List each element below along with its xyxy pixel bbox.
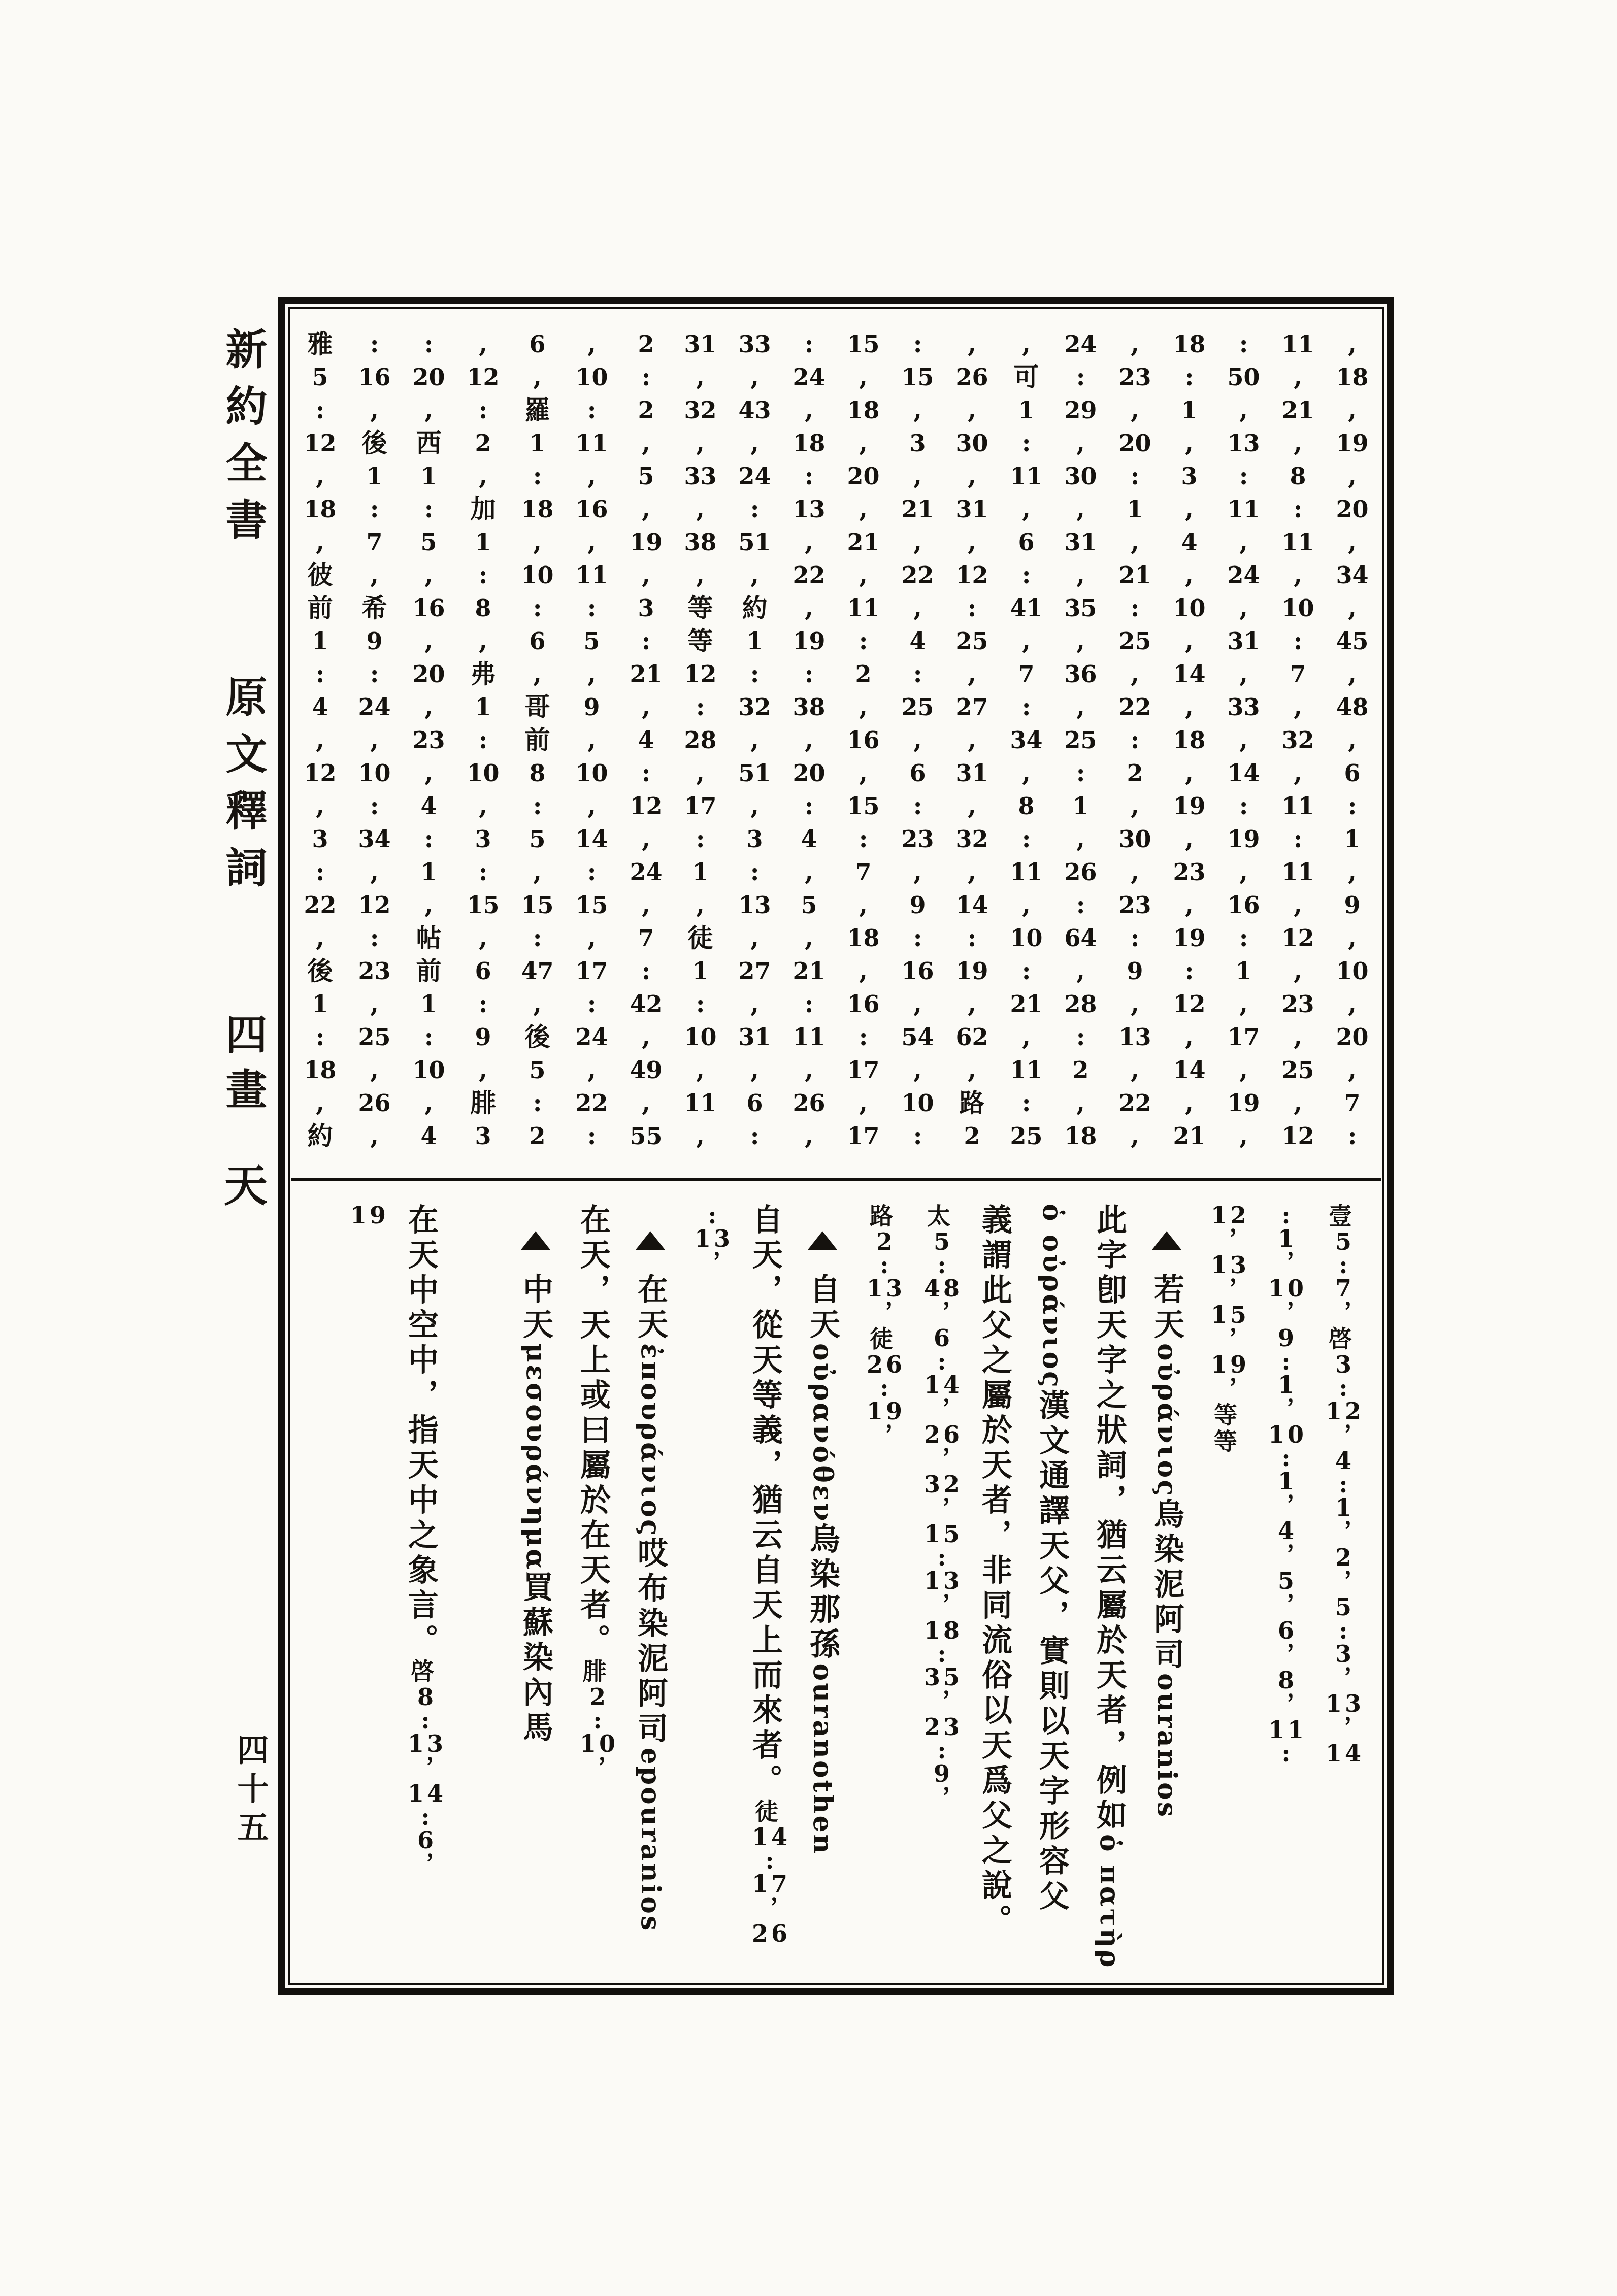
- grid-cell: ,: [728, 360, 782, 393]
- grid-cell: ,: [1325, 525, 1379, 558]
- grid-cell: ,: [456, 459, 510, 492]
- grid-cell: 31: [1216, 624, 1271, 657]
- greek-term: οὐράνιος: [1151, 1343, 1182, 1498]
- grid-cell: :: [565, 987, 619, 1020]
- grid-cell: 4: [1162, 525, 1216, 558]
- grid-cell: 24: [347, 690, 402, 723]
- grid-cell: :: [1108, 921, 1162, 954]
- page-number: 四十五: [207, 1734, 273, 1849]
- grid-cell: 等: [673, 591, 728, 624]
- grid-cell: ,: [510, 987, 565, 1020]
- grid-cell: 51: [728, 525, 782, 558]
- grid-cell: ,: [456, 327, 510, 360]
- grid-cell: ,: [1162, 624, 1216, 657]
- verse-number: 8: [417, 1685, 437, 1709]
- grid-cell: 2: [510, 1119, 565, 1152]
- grid-cell: ,: [619, 888, 673, 921]
- grid-cell: 6: [456, 954, 510, 987]
- grid-cell: 2: [836, 657, 890, 690]
- grid-cell: 羅: [510, 393, 565, 426]
- grid-cell: 4: [619, 723, 673, 756]
- grid-cell: 1: [728, 624, 782, 657]
- grid-cell: 29: [1053, 393, 1108, 426]
- grid-cell: 25: [945, 624, 999, 657]
- grid-cell: 7: [1325, 1086, 1379, 1119]
- grid-cell: 16: [565, 492, 619, 525]
- grid-cell: 6: [510, 327, 565, 360]
- grid-cell: :: [293, 855, 347, 888]
- grid-cell: 17: [836, 1053, 890, 1086]
- left-margin: 新約全書 原文釋詞 四畫 天 四十五: [207, 0, 273, 2296]
- grid-cell: 1: [673, 855, 728, 888]
- grid-cell: :: [782, 657, 836, 690]
- grid-cell: 17: [565, 954, 619, 987]
- grid-cell: :: [836, 822, 890, 855]
- grid-cell: 19: [1216, 822, 1271, 855]
- grid-cell: 2: [1108, 756, 1162, 789]
- greek-term: μεσουράνημα: [520, 1343, 551, 1571]
- grid-cell: :: [565, 1119, 619, 1152]
- grid-cell: :: [945, 591, 999, 624]
- grid-cell: 22: [565, 1086, 619, 1119]
- grid-cell: 19: [1162, 921, 1216, 954]
- grid-cell: 34: [347, 822, 402, 855]
- grid-cell: 10: [673, 1020, 728, 1053]
- grid-cell: ,: [999, 888, 1053, 921]
- grid-cell: 10: [565, 360, 619, 393]
- verse-number: 26: [867, 1353, 905, 1376]
- grid-cell: ,: [565, 657, 619, 690]
- grid-cell: 8: [456, 591, 510, 624]
- verse-reference-run: :1，10，9:1，10:1，4，5，6，8，11:: [1268, 1204, 1295, 1765]
- grid-cell: :: [1216, 327, 1271, 360]
- grid-cell: ,: [1162, 822, 1216, 855]
- grid-cell: 16: [1216, 888, 1271, 921]
- grid-cell: 路: [945, 1086, 999, 1119]
- grid-cell: ,: [673, 558, 728, 591]
- grid-cell: 7: [836, 855, 890, 888]
- grid-cell: 12: [293, 426, 347, 459]
- grid-cell: 10: [1162, 591, 1216, 624]
- grid-cell: 3: [619, 591, 673, 624]
- grid-cell: :: [619, 360, 673, 393]
- grid-cell: 22: [782, 558, 836, 591]
- grid-cell: 約: [728, 591, 782, 624]
- grid-cell: 49: [619, 1053, 673, 1086]
- greek-term: ὁ πατὴρ: [1094, 1834, 1125, 1969]
- grid-cell: ,: [1162, 1086, 1216, 1119]
- grid-cell: :: [347, 657, 402, 690]
- grid-cell: 6: [999, 525, 1053, 558]
- grid-cell: ,: [836, 360, 890, 393]
- grid-cell: ,: [999, 327, 1053, 360]
- grid-cell: 11: [999, 459, 1053, 492]
- grid-cell: 10: [565, 756, 619, 789]
- grid-cell: 2: [619, 327, 673, 360]
- grid-cell: ,: [1271, 1086, 1325, 1119]
- grid-cell: :: [510, 591, 565, 624]
- grid-cell: ,: [945, 459, 999, 492]
- grid-cell: :: [1162, 954, 1216, 987]
- verse-colon: :: [938, 1546, 949, 1569]
- verse-number: 7: [1335, 1277, 1355, 1300]
- grid-cell: 17: [1216, 1020, 1271, 1053]
- grid-cell: 12: [1162, 987, 1216, 1020]
- grid-cell: ,: [1162, 426, 1216, 459]
- grid-cell: 15: [836, 327, 890, 360]
- grid-column: ,26,30,31,12:25,27,31,32,14:19,62,路2: [945, 327, 999, 1152]
- grid-cell: ,: [1271, 360, 1325, 393]
- grid-cell: 13: [728, 888, 782, 921]
- grid-cell: 5: [293, 360, 347, 393]
- grid-cell: :: [293, 657, 347, 690]
- chinese-gloss-text: 烏染泥阿司: [1149, 1498, 1184, 1673]
- grid-cell: 12: [1271, 921, 1325, 954]
- grid-cell: :: [1216, 459, 1271, 492]
- grid-cell: 28: [1053, 987, 1108, 1020]
- verse-number: 13: [695, 1227, 733, 1250]
- grid-cell: :: [999, 954, 1053, 987]
- verse-colon: :: [1282, 1350, 1294, 1373]
- grid-column: 15,18,20,21,11:2,16,15:7,18,16:17,17: [836, 327, 890, 1152]
- grid-cell: 41: [999, 591, 1053, 624]
- grid-cell: ,: [1053, 690, 1108, 723]
- verse-number: 2: [589, 1685, 609, 1709]
- grid-cell: ,: [999, 624, 1053, 657]
- grid-cell: 前: [402, 954, 456, 987]
- grid-cell: ,: [728, 723, 782, 756]
- verse-number: 2: [1335, 1546, 1355, 1569]
- grid-cell: ,: [456, 921, 510, 954]
- grid-cell: 腓: [456, 1086, 510, 1119]
- grid-cell: ,: [1108, 789, 1162, 822]
- grid-cell: ,: [782, 1119, 836, 1152]
- grid-cell: ,: [402, 888, 456, 921]
- grid-cell: 21: [1271, 393, 1325, 426]
- grid-cell: ,: [673, 492, 728, 525]
- grid-cell: 51: [728, 756, 782, 789]
- grid-cell: ,: [293, 789, 347, 822]
- verse-number: 14: [408, 1782, 446, 1805]
- definition-column: 壹5:7，啓3:12，4:1，2，5:3，13，14: [1310, 1204, 1368, 1975]
- verse-number: 14: [752, 1825, 790, 1849]
- grid-cell: ,: [1162, 558, 1216, 591]
- grid-cell: 55: [619, 1119, 673, 1152]
- definition-column: 12，13，15，19，等等: [1196, 1204, 1253, 1975]
- grid-cell: 等: [673, 624, 728, 657]
- verse-number: 13: [1211, 1253, 1249, 1277]
- definitions-section: 壹5:7，啓3:12，4:1，2，5:3，13，14:1，10，9:1，10:1…: [291, 1184, 1381, 1982]
- definition-column: :1，10，9:1，10:1，4，5，6，8，11:: [1253, 1204, 1310, 1975]
- grid-cell: 19: [782, 624, 836, 657]
- grid-cell: 20: [402, 360, 456, 393]
- chinese-gloss-text: 在天: [633, 1273, 668, 1343]
- grid-cell: 5: [782, 888, 836, 921]
- grid-cell: 18: [1162, 723, 1216, 756]
- grid-cell: ,: [402, 393, 456, 426]
- grid-cell: 23: [1108, 360, 1162, 393]
- grid-cell: :: [1053, 1020, 1108, 1053]
- grid-cell: ,: [565, 1053, 619, 1086]
- grid-cell: 14: [1162, 1053, 1216, 1086]
- grid-cell: 9: [456, 1020, 510, 1053]
- grid-cell: 33: [673, 459, 728, 492]
- grid-cell: ,: [619, 822, 673, 855]
- content-border-box: ,18,19,20,34,45,48,6:1,9,10,20,7:11,21,8…: [278, 297, 1394, 1995]
- grid-cell: 23: [1162, 855, 1216, 888]
- verse-number: 13: [1326, 1692, 1364, 1715]
- grid-cell: 20: [782, 756, 836, 789]
- grid-cell: ,: [782, 393, 836, 426]
- definition-column: :13，: [679, 1204, 737, 1975]
- grid-cell: 10: [1271, 591, 1325, 624]
- grid-cell: 1: [1053, 789, 1108, 822]
- verse-reference-run: 19: [350, 1204, 377, 1227]
- grid-cell: ,: [1162, 492, 1216, 525]
- grid-cell: ,: [782, 723, 836, 756]
- grid-cell: 2: [1053, 1053, 1108, 1086]
- grid-cell: 帖: [402, 921, 456, 954]
- grid-cell: ,: [347, 723, 402, 756]
- chinese-gloss-text: 漢文通譯天父，實則以天字形容父: [1034, 1389, 1070, 1915]
- grid-cell: 7: [347, 525, 402, 558]
- entry-character: 天: [207, 1162, 273, 1206]
- grid-cell: :: [1216, 789, 1271, 822]
- grid-cell: 31: [728, 1020, 782, 1053]
- grid-cell: ,: [1053, 822, 1108, 855]
- grid-cell: ,: [945, 393, 999, 426]
- verse-reference-run: 徒14:17，26: [751, 1799, 779, 1945]
- grid-cell: :: [999, 690, 1053, 723]
- grid-cell: :: [510, 1086, 565, 1119]
- verse-number: 35: [924, 1666, 963, 1689]
- grid-cell: ,: [999, 1020, 1053, 1053]
- grid-cell: :: [456, 723, 510, 756]
- grid-cell: 1: [673, 954, 728, 987]
- entry-marker-triangle: ▲: [807, 1212, 838, 1267]
- grid-cell: 1: [1216, 954, 1271, 987]
- grid-cell: 8: [1271, 459, 1325, 492]
- grid-cell: 1: [456, 525, 510, 558]
- chinese-gloss-text: 在天中空中，指天中之象言。: [403, 1204, 439, 1659]
- greek-term: οὐρανόθεν: [807, 1343, 838, 1523]
- grid-cell: 24: [565, 1020, 619, 1053]
- grid-cell: 16: [347, 360, 402, 393]
- grid-cell: 18: [293, 1053, 347, 1086]
- grid-cell: 約: [293, 1119, 347, 1152]
- grid-cell: 6: [728, 1086, 782, 1119]
- verse-reference-grid-section: ,18,19,20,34,45,48,6:1,9,10,20,7:11,21,8…: [291, 310, 1381, 1175]
- grid-cell: :: [1108, 723, 1162, 756]
- grid-cell: :: [1053, 360, 1108, 393]
- grid-cell: ,: [836, 690, 890, 723]
- verse-reference-run: 壹5:7，啓3:12，4:1，2，5:3，13，14: [1325, 1204, 1352, 1765]
- grid-cell: ,: [673, 888, 728, 921]
- verse-reference-run: 路2:13，徒26:19，: [866, 1204, 894, 1449]
- book-title-part1: 新約全書: [207, 327, 273, 555]
- grid-cell: 7: [999, 657, 1053, 690]
- verse-colon: :: [938, 1253, 949, 1277]
- grid-cell: ,: [565, 789, 619, 822]
- grid-cell: 21: [1108, 558, 1162, 591]
- grid-cell: ,: [456, 624, 510, 657]
- verse-number: 1: [1278, 1227, 1297, 1250]
- grid-cell: 21: [1162, 1119, 1216, 1152]
- grid-cell: ,: [1325, 987, 1379, 1020]
- grid-cell: 5: [510, 822, 565, 855]
- verse-number: 10: [1268, 1423, 1307, 1446]
- verse-number: 19: [867, 1400, 905, 1423]
- grid-cell: ,: [1216, 1053, 1271, 1086]
- definition-column: 在天中空中，指天中之象言。啓8:13，14:6，: [392, 1204, 450, 1975]
- grid-cell: 36: [1053, 657, 1108, 690]
- grid-cell: :: [565, 855, 619, 888]
- definition-column: mesouranema: [450, 1204, 507, 1975]
- grid-cell: 3: [1162, 459, 1216, 492]
- grid-cell: ,: [728, 426, 782, 459]
- grid-column: :50,13:11,24,31,33,14:19,16:1,17,19,: [1216, 327, 1271, 1152]
- grid-cell: :: [728, 492, 782, 525]
- grid-cell: ,: [1053, 426, 1108, 459]
- grid-cell: 12: [1271, 1119, 1325, 1152]
- grid-cell: 12: [347, 888, 402, 921]
- grid-cell: 4: [890, 624, 945, 657]
- grid-cell: 5: [565, 624, 619, 657]
- grid-cell: :: [1053, 888, 1108, 921]
- grid-cell: ,: [1271, 1020, 1325, 1053]
- grid-column: ,10:11,16,11:5,9,10,14:15,17:24,22:: [565, 327, 619, 1152]
- verse-number: 26: [752, 1922, 790, 1945]
- verse-number: 17: [752, 1872, 790, 1895]
- grid-cell: :: [510, 921, 565, 954]
- grid-cell: :: [999, 1086, 1053, 1119]
- grid-cell: ,: [565, 459, 619, 492]
- grid-cell: 31: [945, 756, 999, 789]
- grid-cell: 26: [945, 360, 999, 393]
- scanned-book-page: 新約全書 原文釋詞 四畫 天 四十五 ,18,19,20,34,45,48,6:…: [0, 0, 1617, 2296]
- grid-cell: ,: [456, 1053, 510, 1086]
- grid-cell: ,: [347, 855, 402, 888]
- grid-cell: 19: [619, 525, 673, 558]
- grid-cell: 24: [619, 855, 673, 888]
- grid-cell: :: [347, 789, 402, 822]
- grid-cell: ,: [1271, 690, 1325, 723]
- grid-cell: :: [565, 591, 619, 624]
- grid-cell: 22: [293, 888, 347, 921]
- grid-cell: :: [1216, 921, 1271, 954]
- grid-cell: :: [402, 492, 456, 525]
- grid-cell: ,: [565, 327, 619, 360]
- grid-cell: 4: [293, 690, 347, 723]
- verse-number: 15: [924, 1522, 963, 1546]
- grid-cell: 31: [945, 492, 999, 525]
- grid-cell: 18: [1162, 327, 1216, 360]
- grid-cell: :: [728, 1119, 782, 1152]
- grid-cell: 7: [619, 921, 673, 954]
- grid-cell: :: [347, 492, 402, 525]
- grid-cell: :: [619, 954, 673, 987]
- definition-column: 19: [335, 1204, 392, 1975]
- book-title-part2: 原文釋詞: [207, 675, 273, 903]
- grid-cell: 35: [1053, 591, 1108, 624]
- grid-cell: ,: [293, 1086, 347, 1119]
- grid-cell: 14: [945, 888, 999, 921]
- grid-cell: ,: [945, 327, 999, 360]
- grid-cell: ,: [1325, 855, 1379, 888]
- grid-cell: ,: [728, 921, 782, 954]
- grid-cell: 15: [565, 888, 619, 921]
- grid-cell: 19: [945, 954, 999, 987]
- grid-cell: ,: [1216, 657, 1271, 690]
- verse-colon: :: [421, 1709, 433, 1732]
- grid-cell: ,: [1325, 327, 1379, 360]
- verse-number: 5: [1278, 1569, 1297, 1592]
- grid-cell: :: [673, 822, 728, 855]
- grid-cell: ,: [999, 756, 1053, 789]
- grid-cell: 1: [999, 393, 1053, 426]
- grid-cell: :: [1325, 789, 1379, 822]
- grid-cell: ,: [1108, 327, 1162, 360]
- grid-cell: 1: [293, 987, 347, 1020]
- grid-cell: 6: [510, 624, 565, 657]
- grid-cell: ,: [1162, 690, 1216, 723]
- definition-column: ▲在天ἐπουράνιος哎布染泥阿司epouranios: [622, 1204, 679, 1975]
- grid-cell: ,: [456, 789, 510, 822]
- grid-cell: :: [782, 987, 836, 1020]
- grid-cell: 彼: [293, 558, 347, 591]
- grid-cell: ,: [1053, 1086, 1108, 1119]
- chinese-gloss-text: 此字卽天字之狀詞，猶云屬於天者，例如: [1092, 1204, 1127, 1834]
- grid-cell: :: [456, 987, 510, 1020]
- grid-cell: ,: [1325, 591, 1379, 624]
- verse-colon: :: [708, 1204, 720, 1227]
- grid-cell: 3: [293, 822, 347, 855]
- grid-cell: ,: [836, 558, 890, 591]
- grid-cell: 4: [402, 1119, 456, 1152]
- verse-colon: :: [1282, 1204, 1294, 1227]
- grid-column: 6,羅1:18,10:6,哥前8:5,15:47,後5:2: [510, 327, 565, 1152]
- verse-number: 13: [924, 1569, 963, 1592]
- verse-number: 32: [924, 1473, 963, 1496]
- verse-number: 4: [1278, 1519, 1297, 1543]
- verse-number: 6: [1278, 1619, 1297, 1642]
- grid-cell: 18: [510, 492, 565, 525]
- grid-cell: :: [1108, 459, 1162, 492]
- grid-cell: :: [890, 921, 945, 954]
- grid-cell: 12: [456, 360, 510, 393]
- grid-cell: 11: [1271, 327, 1325, 360]
- grid-cell: ,: [782, 525, 836, 558]
- grid-cell: :: [999, 558, 1053, 591]
- grid-cell: 18: [1053, 1119, 1108, 1152]
- grid-cell: 1: [347, 459, 402, 492]
- grid-cell: 14: [1216, 756, 1271, 789]
- grid-cell: 21: [836, 525, 890, 558]
- grid-cell: 加: [456, 492, 510, 525]
- definition-column: 太5:48，6:14，26，32，15:13，18:35，23:9，: [909, 1204, 966, 1975]
- grid-cell: 1: [402, 459, 456, 492]
- grid-cell: 42: [619, 987, 673, 1020]
- verse-number: 5: [1335, 1230, 1355, 1253]
- grid-cell: 34: [1325, 558, 1379, 591]
- grid-cell: ,: [890, 459, 945, 492]
- grid-cell: ,: [1216, 591, 1271, 624]
- grid-column: 雅5:12,18,彼前1:4,12,3:22,後1:18,約: [293, 327, 347, 1152]
- grid-cell: 9: [565, 690, 619, 723]
- grid-cell: ,: [1271, 558, 1325, 591]
- grid-cell: ,: [1325, 921, 1379, 954]
- grid-cell: 26: [1053, 855, 1108, 888]
